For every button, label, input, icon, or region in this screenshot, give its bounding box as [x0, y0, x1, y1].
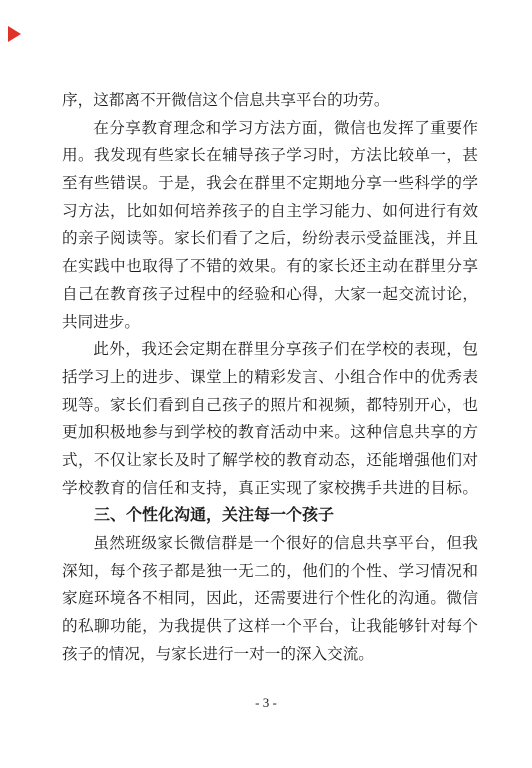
document-body: 序，这都离不开微信这个信息共享平台的功劳。在分享教育理念和学习方法方面，微信也发…: [62, 87, 478, 668]
page-number: - 3 -: [0, 694, 532, 712]
text-line: 的私聊功能，为我提供了这样一个平台，让我能够针对每个: [62, 613, 478, 641]
text-line: 用。我发现有些家长在辅导孩子学习时，方法比较单一，甚: [62, 142, 478, 170]
text-line: 更加积极地参与到学校的教育活动中来。这种信息共享的方: [62, 419, 478, 447]
text-line: 孩子的情况，与家长进行一对一的深入交流。: [62, 641, 478, 669]
text-line: 共同进步。: [62, 309, 478, 337]
text-line: 虽然班级家长微信群是一个很好的信息共享平台，但我: [62, 530, 478, 558]
text-line: 括学习上的进步、课堂上的精彩发言、小组合作中的优秀表: [62, 364, 478, 392]
text-line: 深知，每个孩子都是独一无二的，他们的个性、学习情况和: [62, 558, 478, 586]
text-line: 在分享教育理念和学习方法方面，微信也发挥了重要作: [62, 115, 478, 143]
text-line: 家庭环境各不相同，因此，还需要进行个性化的沟通。微信: [62, 585, 478, 613]
document-page: 序，这都离不开微信这个信息共享平台的功劳。在分享教育理念和学习方法方面，微信也发…: [0, 0, 532, 768]
text-line: 学校教育的信任和支持，真正实现了家校携手共进的目标。: [62, 475, 478, 503]
text-line: 至有些错误。于是，我会在群里不定期地分享一些科学的学: [62, 170, 478, 198]
text-line: 自己在教育孩子过程中的经验和心得，大家一起交流讨论，: [62, 281, 478, 309]
text-line: 此外，我还会定期在群里分享孩子们在学校的表现，包: [62, 336, 478, 364]
text-line: 序，这都离不开微信这个信息共享平台的功劳。: [62, 87, 478, 115]
text-line: 式，不仅让家长及时了解学校的教育动态，还能增强他们对: [62, 447, 478, 475]
text-line: 的亲子阅读等。家长们看了之后，纷纷表示受益匪浅，并且: [62, 225, 478, 253]
section-heading: 三、个性化沟通，关注每一个孩子: [62, 502, 478, 530]
text-line: 在实践中也取得了不错的效果。有的家长还主动在群里分享: [62, 253, 478, 281]
text-line: 习方法，比如如何培养孩子的自主学习能力、如何进行有效: [62, 198, 478, 226]
red-triangle-icon: [8, 26, 21, 42]
text-line: 现等。家长们看到自己孩子的照片和视频，都特别开心，也: [62, 392, 478, 420]
